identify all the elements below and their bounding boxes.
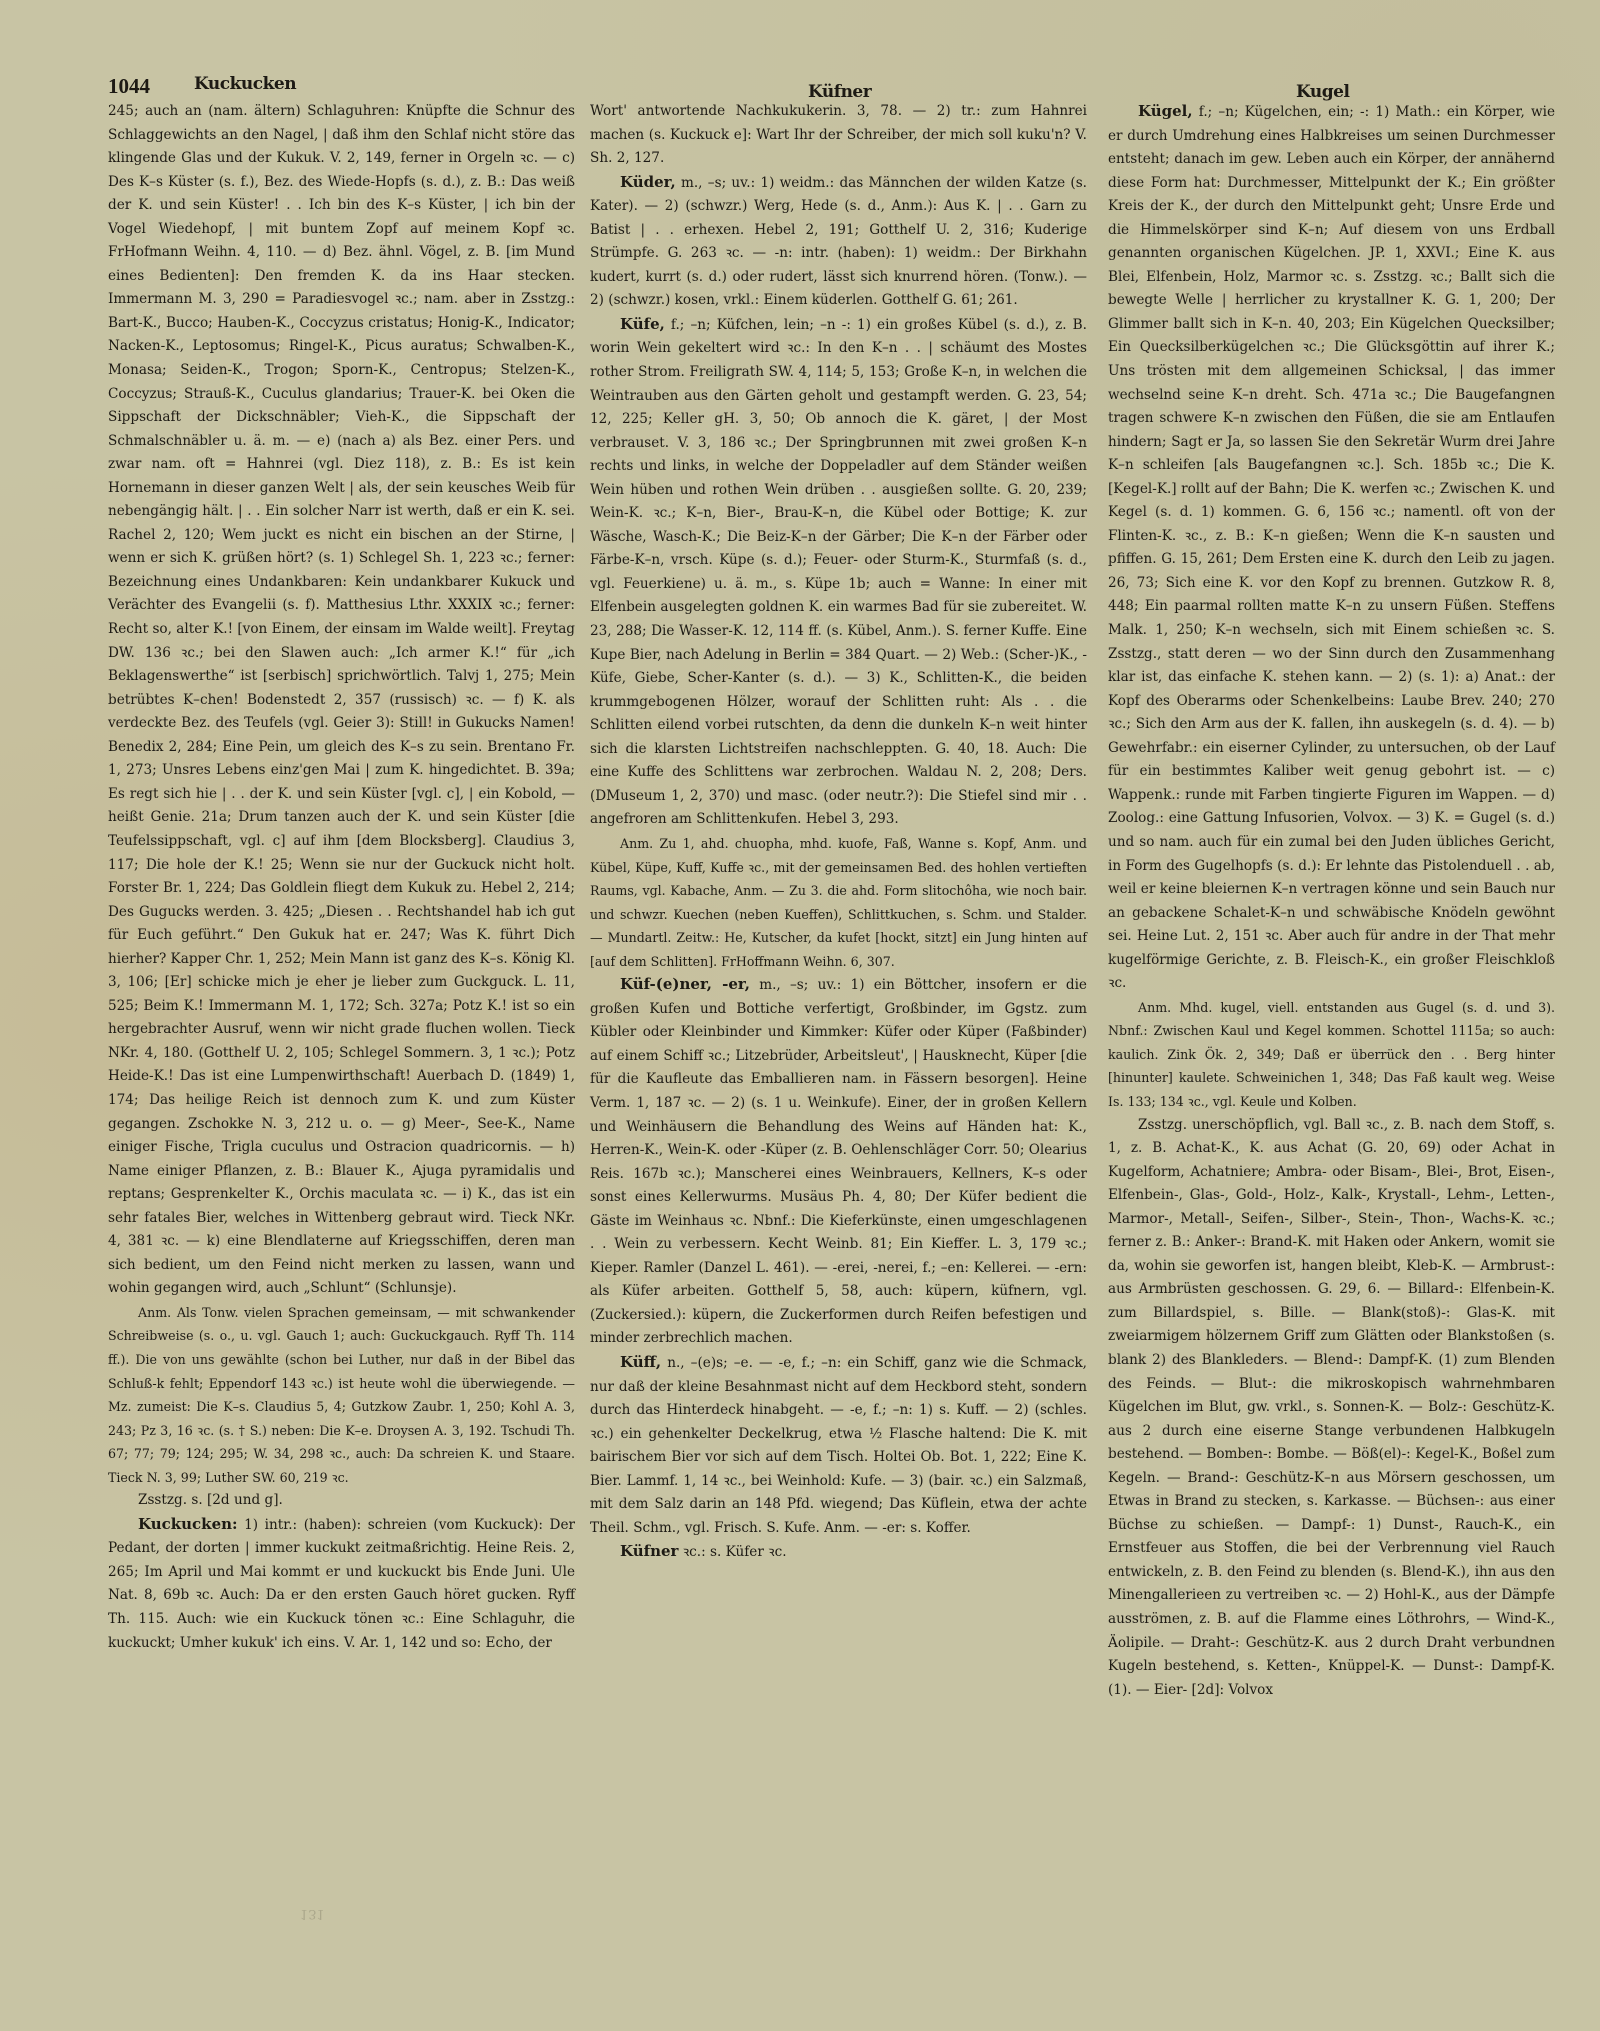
entry-text: m., –s; uv.: 1) ein Böttcher, insofern e… (590, 977, 1087, 1346)
compounds-reference: Zsstzg. s. [2d und g]. (108, 1489, 575, 1513)
page-header: 1044 Kuckucken Küfner Kugel (108, 66, 1558, 100)
note-text: Anm. Als Tonw. vielen Sprachen gemeinsam… (108, 1305, 575, 1485)
entry-text: 245; auch an (nam. ältern) Schlaguhren: … (108, 103, 575, 1296)
compounds-paragraph: Zsstzg. unerschöpflich, vgl. Ball ꝛc., z… (1108, 1114, 1555, 1703)
annotation-paragraph: Anm. Als Tonw. vielen Sprachen gemeinsam… (108, 1301, 575, 1489)
dictionary-entry: Küf-(e)ner, -er, m., –s; uv.: 1) ein Böt… (590, 973, 1087, 1351)
dictionary-entry: Küfner ꝛc.: s. Küfer ꝛc. (590, 1540, 1087, 1565)
entry-text: f.; –n; Küfchen, lein; –n -: 1) ein groß… (590, 317, 1087, 827)
annotation-paragraph: Anm. Zu 1, ahd. chuopha, mhd. kuofe, Faß… (590, 832, 1087, 973)
column-left: 245; auch an (nam. ältern) Schlaguhren: … (108, 100, 575, 1655)
headword: Küfe, (620, 315, 665, 333)
headword: Küf-(e)ner, -er, (620, 975, 750, 993)
column-middle: Wort' antwortende Nachkukukerin. 3, 78. … (590, 100, 1087, 1565)
entry-text: m., –s; uv.: 1) weidm.: das Männchen der… (590, 175, 1087, 309)
running-head-left: Kuckucken (194, 74, 296, 94)
headword: Kuckucken: (138, 1515, 238, 1533)
dictionary-entry: Kuckucken: 1) intr.: (haben): schreien (… (108, 1513, 575, 1655)
column-right: Kügel, f.; –n; Kügelchen, ein; -: 1) Mat… (1108, 100, 1555, 1702)
headword: Küfner (620, 1542, 678, 1560)
entry-text: n., –(e)s; –e. — -e, f.; –n: ein Schiff,… (590, 1355, 1087, 1536)
entry-text: Zsstzg. s. [2d und g]. (138, 1492, 283, 1508)
entry-text: Zsstzg. unerschöpflich, vgl. Ball ꝛc., z… (1108, 1117, 1555, 1698)
running-head-right: Kugel (1296, 82, 1349, 102)
dictionary-entry: Küff, n., –(e)s; –e. — -e, f.; –n: ein S… (590, 1351, 1087, 1540)
annotation-paragraph: Anm. Mhd. kugel, viell. entstanden aus G… (1108, 996, 1555, 1114)
dictionary-page: 1044 Kuckucken Küfner Kugel 245; auch an… (0, 0, 1600, 2031)
entry-text: f.; –n; Kügelchen, ein; -: 1) Math.: ein… (1108, 104, 1555, 991)
bleed-through-signature-mark: 131 (300, 1906, 325, 1921)
running-head-middle: Küfner (808, 82, 871, 102)
headword: Küder, (620, 173, 676, 191)
note-text: Anm. Mhd. kugel, viell. entstanden aus G… (1108, 1000, 1555, 1109)
dictionary-entry: Küder, m., –s; uv.: 1) weidm.: das Männc… (590, 171, 1087, 313)
entry-continuation: Wort' antwortende Nachkukukerin. 3, 78. … (590, 100, 1087, 171)
headword: Küff, (620, 1353, 661, 1371)
note-text: Anm. Zu 1, ahd. chuopha, mhd. kuofe, Faß… (590, 836, 1087, 969)
page-number: 1044 (108, 74, 150, 99)
dictionary-entry: Kügel, f.; –n; Kügelchen, ein; -: 1) Mat… (1108, 100, 1555, 996)
entry-text: 1) intr.: (haben): schreien (vom Kuckuck… (108, 1517, 575, 1651)
entry-text: ꝛc.: s. Küfer ꝛc. (678, 1544, 786, 1560)
entry-text: Wort' antwortende Nachkukukerin. 3, 78. … (590, 103, 1087, 166)
entry-continuation: 245; auch an (nam. ältern) Schlaguhren: … (108, 100, 575, 1301)
headword: Kügel, (1138, 102, 1193, 120)
dictionary-entry: Küfe, f.; –n; Küfchen, lein; –n -: 1) ei… (590, 313, 1087, 832)
